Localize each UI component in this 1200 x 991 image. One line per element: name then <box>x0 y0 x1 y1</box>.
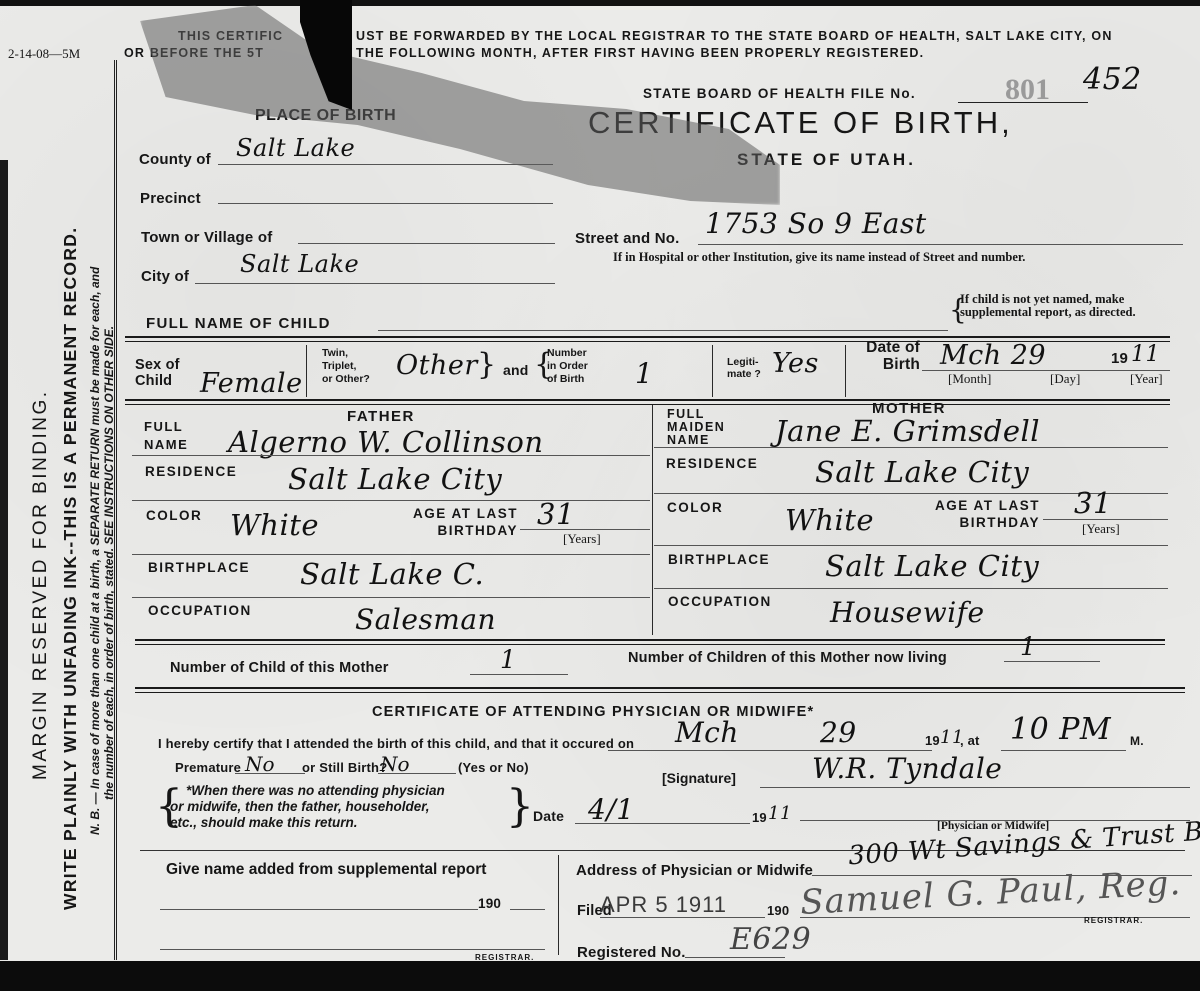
registrar-caption-left: REGISTRAR. <box>475 953 534 962</box>
dob-label-line1: Date of <box>858 339 920 356</box>
occurred-month[interactable]: Mch <box>675 716 739 749</box>
at-label: , at <box>960 733 980 748</box>
certify-text: I hereby certify that I attended the bir… <box>158 736 634 751</box>
street-line <box>698 244 1183 245</box>
living-label: Number of Children of this Mother now li… <box>628 650 947 666</box>
father-occupation-label: OCCUPATION <box>148 603 252 618</box>
father-name-label-line1: FULL <box>144 418 188 436</box>
section-divider <box>135 687 1185 693</box>
father-color-label: COLOR <box>146 508 202 523</box>
precinct-label: Precinct <box>140 190 201 207</box>
father-occupation-value[interactable]: Salesman <box>355 603 496 636</box>
dob-label: Date of Birth <box>858 339 920 373</box>
mother-birthplace-label: BIRTHPLACE <box>668 552 770 567</box>
supplemental-line <box>160 909 478 910</box>
mother-color-value[interactable]: White <box>785 503 874 537</box>
date-year-handwritten[interactable]: 11 <box>768 803 792 824</box>
father-age-label-line2: BIRTHDAY <box>400 522 518 539</box>
stillbirth-value[interactable]: No <box>380 752 410 776</box>
filed-year-printed: 190 <box>767 903 789 918</box>
supplemental-year-line <box>510 909 545 910</box>
registrar-caption-right: REGISTRAR. <box>1084 916 1143 925</box>
registrar-line-left <box>160 949 545 950</box>
mother-birthplace-value[interactable]: Salt Lake City <box>825 549 1039 583</box>
town-line <box>298 243 555 244</box>
father-age-caption: [Years] <box>563 531 601 547</box>
father-residence-label: RESIDENCE <box>145 464 237 479</box>
mother-residence-value[interactable]: Salt Lake City <box>815 455 1029 489</box>
premature-value[interactable]: No <box>245 752 275 776</box>
filed-line <box>600 917 765 918</box>
twin-label: Twin, Triplet, or Other? <box>322 347 370 386</box>
father-color-value[interactable]: White <box>230 508 319 542</box>
county-label: County of <box>139 151 211 168</box>
twin-label-line2: Triplet, <box>322 360 370 373</box>
header-notice-line2b: THE FOLLOWING MONTH, AFTER FIRST HAVING … <box>356 46 924 60</box>
child-number-label: Number of Child of this Mother <box>170 660 389 676</box>
brace-close-icon: } <box>506 785 534 829</box>
county-value[interactable]: Salt Lake <box>236 134 355 162</box>
street-value[interactable]: 1753 So 9 East <box>705 207 927 240</box>
file-no-handwritten: 452 <box>1083 62 1142 97</box>
legit-label-line2: mate ? <box>727 368 761 380</box>
order-value[interactable]: 1 <box>635 357 653 390</box>
father-name-value[interactable]: Algerno W. Collinson <box>228 425 544 459</box>
footnote-line3: etc., should make this return. <box>170 815 445 831</box>
sex-label-line2: Child <box>135 373 180 389</box>
father-name-label-line2: NAME <box>144 436 188 454</box>
child-number-line <box>470 674 568 675</box>
mother-occupation-value[interactable]: Housewife <box>830 596 985 629</box>
city-value[interactable]: Salt Lake <box>240 250 359 278</box>
date-label: Date <box>533 808 564 824</box>
physician-heading: CERTIFICATE OF ATTENDING PHYSICIAN OR MI… <box>372 704 814 720</box>
row-line <box>132 597 650 598</box>
twin-value[interactable]: Other <box>396 350 478 381</box>
mother-name-label: FULL MAIDEN NAME <box>667 408 725 447</box>
footnote-line1: *When there was no attending physician <box>170 783 445 799</box>
father-age-label-line1: AGE AT LAST <box>400 505 518 522</box>
mother-age-label-line2: BIRTHDAY <box>908 514 1040 531</box>
scan-edge-left <box>0 160 8 960</box>
row-line <box>654 545 1168 546</box>
dob-year-printed: 19 <box>1111 350 1128 367</box>
street-label: Street and No. <box>575 230 679 247</box>
form-number: 2-14-08—5M <box>8 46 80 62</box>
write-plainly-text: WRITE PLAINLY WITH UNFADING INK--THIS IS… <box>60 227 81 910</box>
signature-value[interactable]: W.R. Tyndale <box>812 752 1002 785</box>
legit-label-line1: Legiti- <box>727 356 761 368</box>
mother-residence-label: RESIDENCE <box>666 456 758 471</box>
father-birthplace-label: BIRTHPLACE <box>148 560 250 575</box>
dob-year-caption: [Year] <box>1130 371 1163 387</box>
mother-occupation-label: OCCUPATION <box>668 594 772 609</box>
yes-no-note: (Yes or No) <box>458 760 529 775</box>
sex-label: Sex of Child <box>135 357 180 389</box>
supplemental-year: 190 <box>478 896 501 911</box>
signature-line <box>760 787 1190 788</box>
cell-divider <box>845 345 846 397</box>
sex-value[interactable]: Female <box>200 368 303 399</box>
premature-label: Premature <box>175 760 241 775</box>
bottom-divider <box>558 855 559 955</box>
scan-edge-bottom <box>0 961 1200 991</box>
cell-divider <box>712 345 713 397</box>
date-value[interactable]: 4/1 <box>588 793 635 826</box>
header-notice-line1b: UST BE FORWARDED BY THE LOCAL REGISTRAR … <box>356 29 1113 43</box>
dob-year-handwritten[interactable]: 11 <box>1131 342 1160 367</box>
registered-no-line <box>685 957 785 958</box>
order-label-line3: of Birth <box>547 373 588 386</box>
dob-label-line2: Birth <box>858 356 920 373</box>
legit-value[interactable]: Yes <box>772 348 819 379</box>
living-value[interactable]: 1 <box>1020 632 1036 661</box>
mother-name-label-line3: NAME <box>667 434 725 447</box>
father-age-label: AGE AT LAST BIRTHDAY <box>400 505 518 539</box>
cell-divider <box>306 345 307 397</box>
date-year-printed: 19 <box>752 810 767 825</box>
nb-note-line1: N. B. — In case of more than one child a… <box>88 267 102 835</box>
child-number-value[interactable]: 1 <box>500 645 516 674</box>
stillbirth-label: or Still Birth? <box>302 760 387 775</box>
footnote: *When there was no attending physician o… <box>170 783 445 831</box>
unnamed-note-line2: supplemental report, as directed. <box>960 305 1136 320</box>
footnote-line2: or midwife, then the father, householder… <box>170 799 445 815</box>
dob-month-caption: [Month] <box>948 371 991 387</box>
section-divider <box>125 399 1170 405</box>
child-name-line <box>378 330 948 331</box>
file-no-label: STATE BOARD OF HEALTH FILE No. <box>643 86 916 101</box>
city-label: City of <box>141 268 189 285</box>
mother-age-value[interactable]: 31 <box>1074 486 1112 520</box>
and-label: and <box>503 362 529 378</box>
row-line <box>132 455 650 456</box>
order-label-line1: Number <box>547 347 588 360</box>
legit-label: Legiti- mate ? <box>727 356 761 380</box>
mother-name-value[interactable]: Jane E. Grimsdell <box>775 414 1040 448</box>
time-line <box>1001 750 1126 751</box>
father-heading: FATHER <box>347 408 415 425</box>
supplemental-label: Give name added from supplemental report <box>166 861 486 879</box>
signature-label: [Signature] <box>662 770 736 786</box>
margin-reserved-text: MARGIN RESERVED FOR BINDING. <box>30 389 52 780</box>
father-age-value[interactable]: 31 <box>537 497 575 531</box>
town-label: Town or Village of <box>141 229 272 246</box>
living-line <box>1004 661 1100 662</box>
hospital-note: If in Hospital or other Institution, giv… <box>613 250 1025 265</box>
address-label: Address of Physician or Midwife <box>576 862 813 879</box>
parents-divider <box>652 405 653 635</box>
row-line <box>132 554 650 555</box>
father-residence-value[interactable]: Salt Lake City <box>288 462 502 496</box>
mother-age-label: AGE AT LAST BIRTHDAY <box>908 497 1040 531</box>
county-line <box>218 164 553 165</box>
order-label-line2: in Order <box>547 360 588 373</box>
mother-color-label: COLOR <box>667 500 723 515</box>
order-label: Number in Order of Birth <box>547 347 588 386</box>
twin-label-line3: or Other? <box>322 373 370 386</box>
mother-age-label-line1: AGE AT LAST <box>908 497 1040 514</box>
dob-day-caption: [Day] <box>1050 371 1080 387</box>
registered-no-label: Registered No. <box>577 944 686 961</box>
father-birthplace-value[interactable]: Salt Lake C. <box>300 557 484 591</box>
occurred-day[interactable]: 29 <box>820 716 857 749</box>
registered-no-value[interactable]: E629 <box>730 922 811 957</box>
city-line <box>195 283 555 284</box>
precinct-line <box>218 203 553 204</box>
nb-note-line2: the number of each, in order of birth, s… <box>102 326 116 800</box>
father-name-label: FULL NAME <box>144 418 188 454</box>
filed-stamp: APR 5 1911 <box>600 892 727 918</box>
section-divider <box>135 639 1165 645</box>
occurred-year-printed: 19 <box>925 733 940 748</box>
sex-label-line1: Sex of <box>135 357 180 373</box>
file-no-stamp: 801 <box>1005 73 1050 107</box>
time-value[interactable]: 10 PM <box>1010 712 1111 747</box>
row-line <box>654 447 1168 448</box>
row-line <box>654 588 1168 589</box>
occurred-line <box>608 750 932 751</box>
brace-close-icon: } <box>477 350 496 380</box>
mother-age-caption: [Years] <box>1082 521 1120 537</box>
m-label: M. <box>1130 734 1144 748</box>
twin-label-line1: Twin, <box>322 347 370 360</box>
dob-month-day[interactable]: Mch 29 <box>940 340 1046 371</box>
child-name-label: FULL NAME OF CHILD <box>146 315 331 332</box>
